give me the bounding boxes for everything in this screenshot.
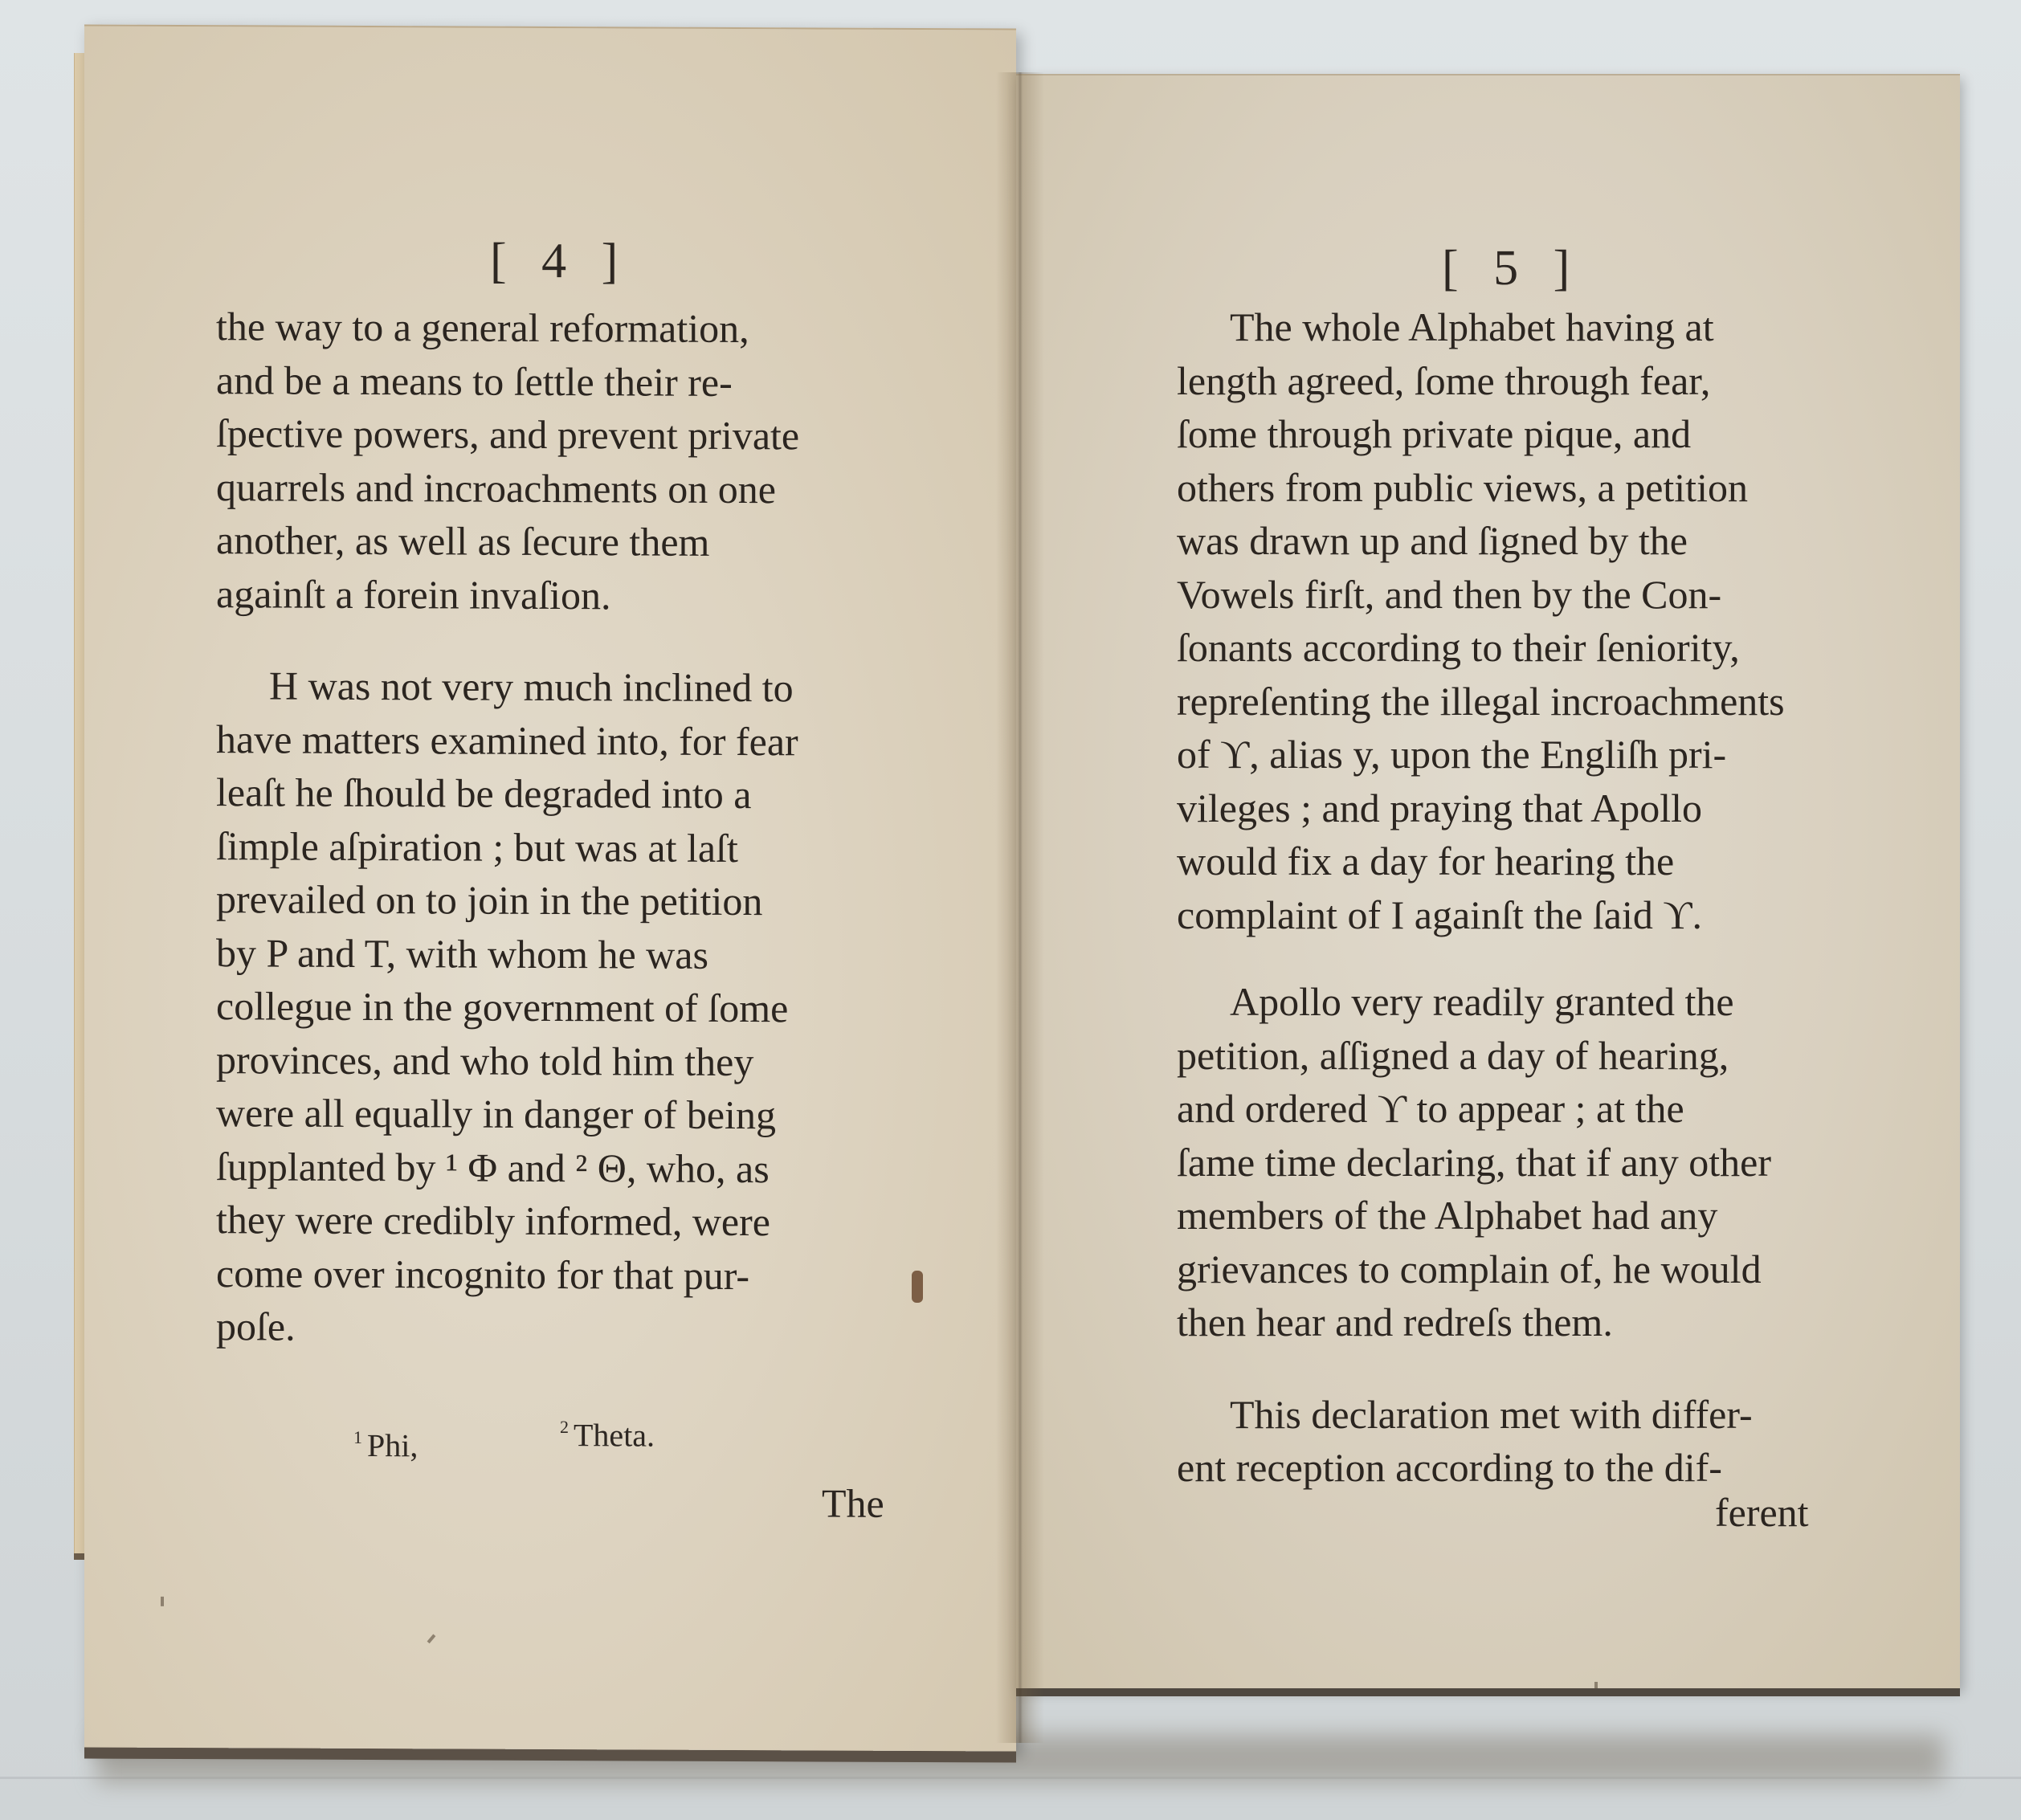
left-page-body: the way to a general reformation, and be… [216,300,638,1355]
text-line: would fix a day for hearing the [1177,835,1578,888]
catchword-right: ferent [1715,1489,1809,1536]
text-line: members of the Alphabet had any [1177,1189,1578,1243]
text-line: and be a means to ſettle their re- [216,353,638,409]
text-line: Apollo very readily granted the [1177,975,1578,1029]
paragraph-gap [216,620,638,660]
text-line: collegue in the government of ſome [216,979,638,1034]
text-line: vileges ; and praying that Apollo [1177,781,1578,835]
text-line: another, as well as ſecure them [216,513,638,569]
text-line: againſt a forein invaſion. [216,567,638,622]
text-line: come over incognito for that pur- [216,1247,638,1302]
text-line: Vowels firſt, and then by the Con- [1177,568,1578,622]
text-line: ſome through private pique, and [1177,407,1578,461]
text-line: then hear and redreſs them. [1177,1296,1578,1349]
text-line: ent reception according to the dif- [1177,1441,1578,1495]
paper-speck [427,1634,436,1643]
footnote-marker: 2 [560,1417,569,1437]
right-page: [ 5 ] The whole Alphabet having at lengt… [1016,74,1960,1688]
text-line: quarrels and incroachments on one [216,460,638,516]
page-number-left: [ 4 ] [490,233,629,291]
text-line: leaſt he ſhould be degraded into a [216,765,638,821]
text-line: The whole Alphabet having at [1177,300,1578,354]
catchword-left: The [822,1479,884,1526]
text-line: was drawn up and ſigned by the [1177,514,1578,568]
text-line: ſimple aſpiration ; but was at laſt [216,819,638,875]
text-line: provinces, and who told him they [216,1033,638,1088]
text-line: H was not very much inclined to [216,659,638,714]
text-line: of ϒ, alias y, upon the Engliſh pri- [1177,728,1578,781]
footnote-theta: 2Theta. [560,1416,655,1455]
left-page: [ 4 ] the way to a general reformation, … [84,24,1016,1751]
text-line: ſpective powers, and prevent private [216,406,638,462]
text-line: ſame time declaring, that if any other [1177,1136,1578,1190]
text-line: prevailed on to join in the petition [216,872,638,928]
text-line: were all equally in danger of being [216,1086,638,1141]
text-line: ſupplanted by ¹ Φ and ² Θ, who, as [216,1140,638,1195]
text-line: grievances to complain of, he would [1177,1243,1578,1296]
text-line: poſe. [216,1300,638,1355]
page-number-right: [ 5 ] [1442,240,1581,297]
paragraph-gap [1177,941,1578,975]
text-line: they were credibly informed, were [216,1193,638,1248]
paragraph-gap [1177,1349,1578,1388]
text-line: complaint of I againſt the ſaid ϒ. [1177,888,1578,942]
footnote-phi: 1Phi, [353,1426,418,1464]
text-line: petition, aſſigned a day of hearing, [1177,1029,1578,1083]
text-line: have matters examined into, for fear [216,712,638,768]
text-line: the way to a general reformation, [216,300,638,355]
text-line: ſonants according to their ſeniority, [1177,621,1578,675]
paper-speck [1594,1682,1598,1688]
text-line: by P and T, with whom he was [216,926,638,981]
text-line: repreſenting the illegal incroachments [1177,675,1578,728]
text-line: and ordered ϒ to appear ; at the [1177,1082,1578,1136]
text-line: This declaration met with differ- [1177,1388,1578,1442]
text-line: others from public views, a petition [1177,461,1578,515]
text-line: length agreed, ſome through fear, [1177,354,1578,408]
paper-speck [161,1597,164,1606]
footnote-marker: 1 [353,1427,362,1447]
ink-stain [912,1271,923,1303]
footnote-text: Theta. [574,1417,655,1453]
footnote-text: Phi, [367,1427,418,1463]
right-page-body: The whole Alphabet having at length agre… [1177,300,1578,1495]
